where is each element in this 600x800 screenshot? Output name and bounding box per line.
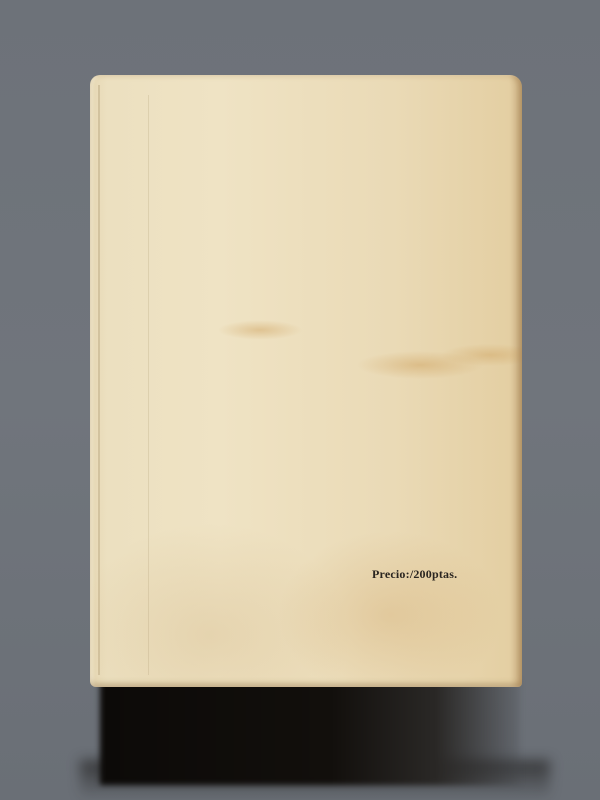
book-shadow (100, 680, 520, 785)
book-back-cover: Precio:/200ptas. (90, 75, 522, 687)
price-text: Precio:/200ptas. (372, 567, 457, 582)
cover-fold-line (148, 95, 149, 675)
spine-edge (98, 85, 100, 675)
